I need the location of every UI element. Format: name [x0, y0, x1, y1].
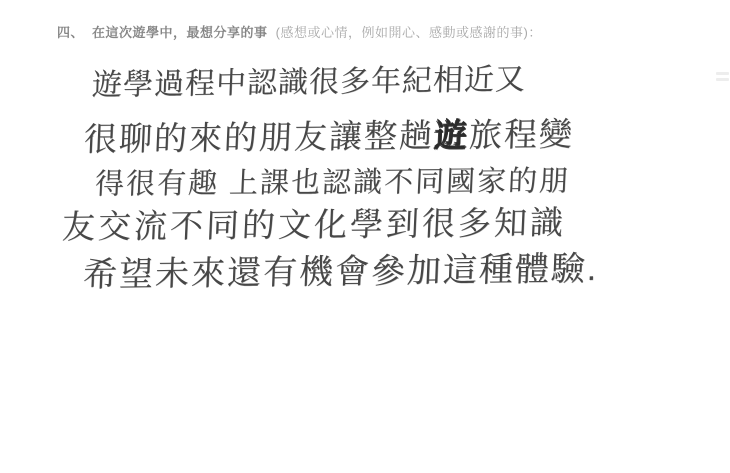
scan-artifact — [716, 78, 729, 81]
question-title: 在這次遊學中，最想分享的事 — [92, 25, 268, 40]
handwritten-line-3: 得很有趣 上課也認識不同國家的朋 — [94, 163, 571, 203]
question-number: 四、 — [57, 25, 84, 40]
handwritten-text: 很聊的來的朋友讓整趟 — [83, 117, 435, 158]
handwritten-text: 旅程變 — [468, 115, 575, 153]
handwritten-line-4: 友交流不同的文化學到很多知識 — [61, 202, 567, 248]
handwritten-line-5: 希望未來還有機會參加這種體驗. — [82, 248, 599, 297]
question-header: 四、在這次遊學中，最想分享的事 (感想或心情，例如開心、感動或感謝的事)： — [57, 24, 697, 42]
scanned-form-page: 四、在這次遊學中，最想分享的事 (感想或心情，例如開心、感動或感謝的事)： 遊學… — [0, 0, 730, 473]
handwritten-line-2: 很聊的來的朋友讓整趟遊旅程變 — [83, 113, 575, 159]
scan-artifact — [716, 72, 729, 75]
handwritten-line-1: 遊學過程中認識很多年紀相近又 — [91, 61, 526, 105]
question-hint: (感想或心情，例如開心、感動或感謝的事)： — [276, 25, 542, 40]
scribbled-character: 遊 — [433, 117, 470, 154]
